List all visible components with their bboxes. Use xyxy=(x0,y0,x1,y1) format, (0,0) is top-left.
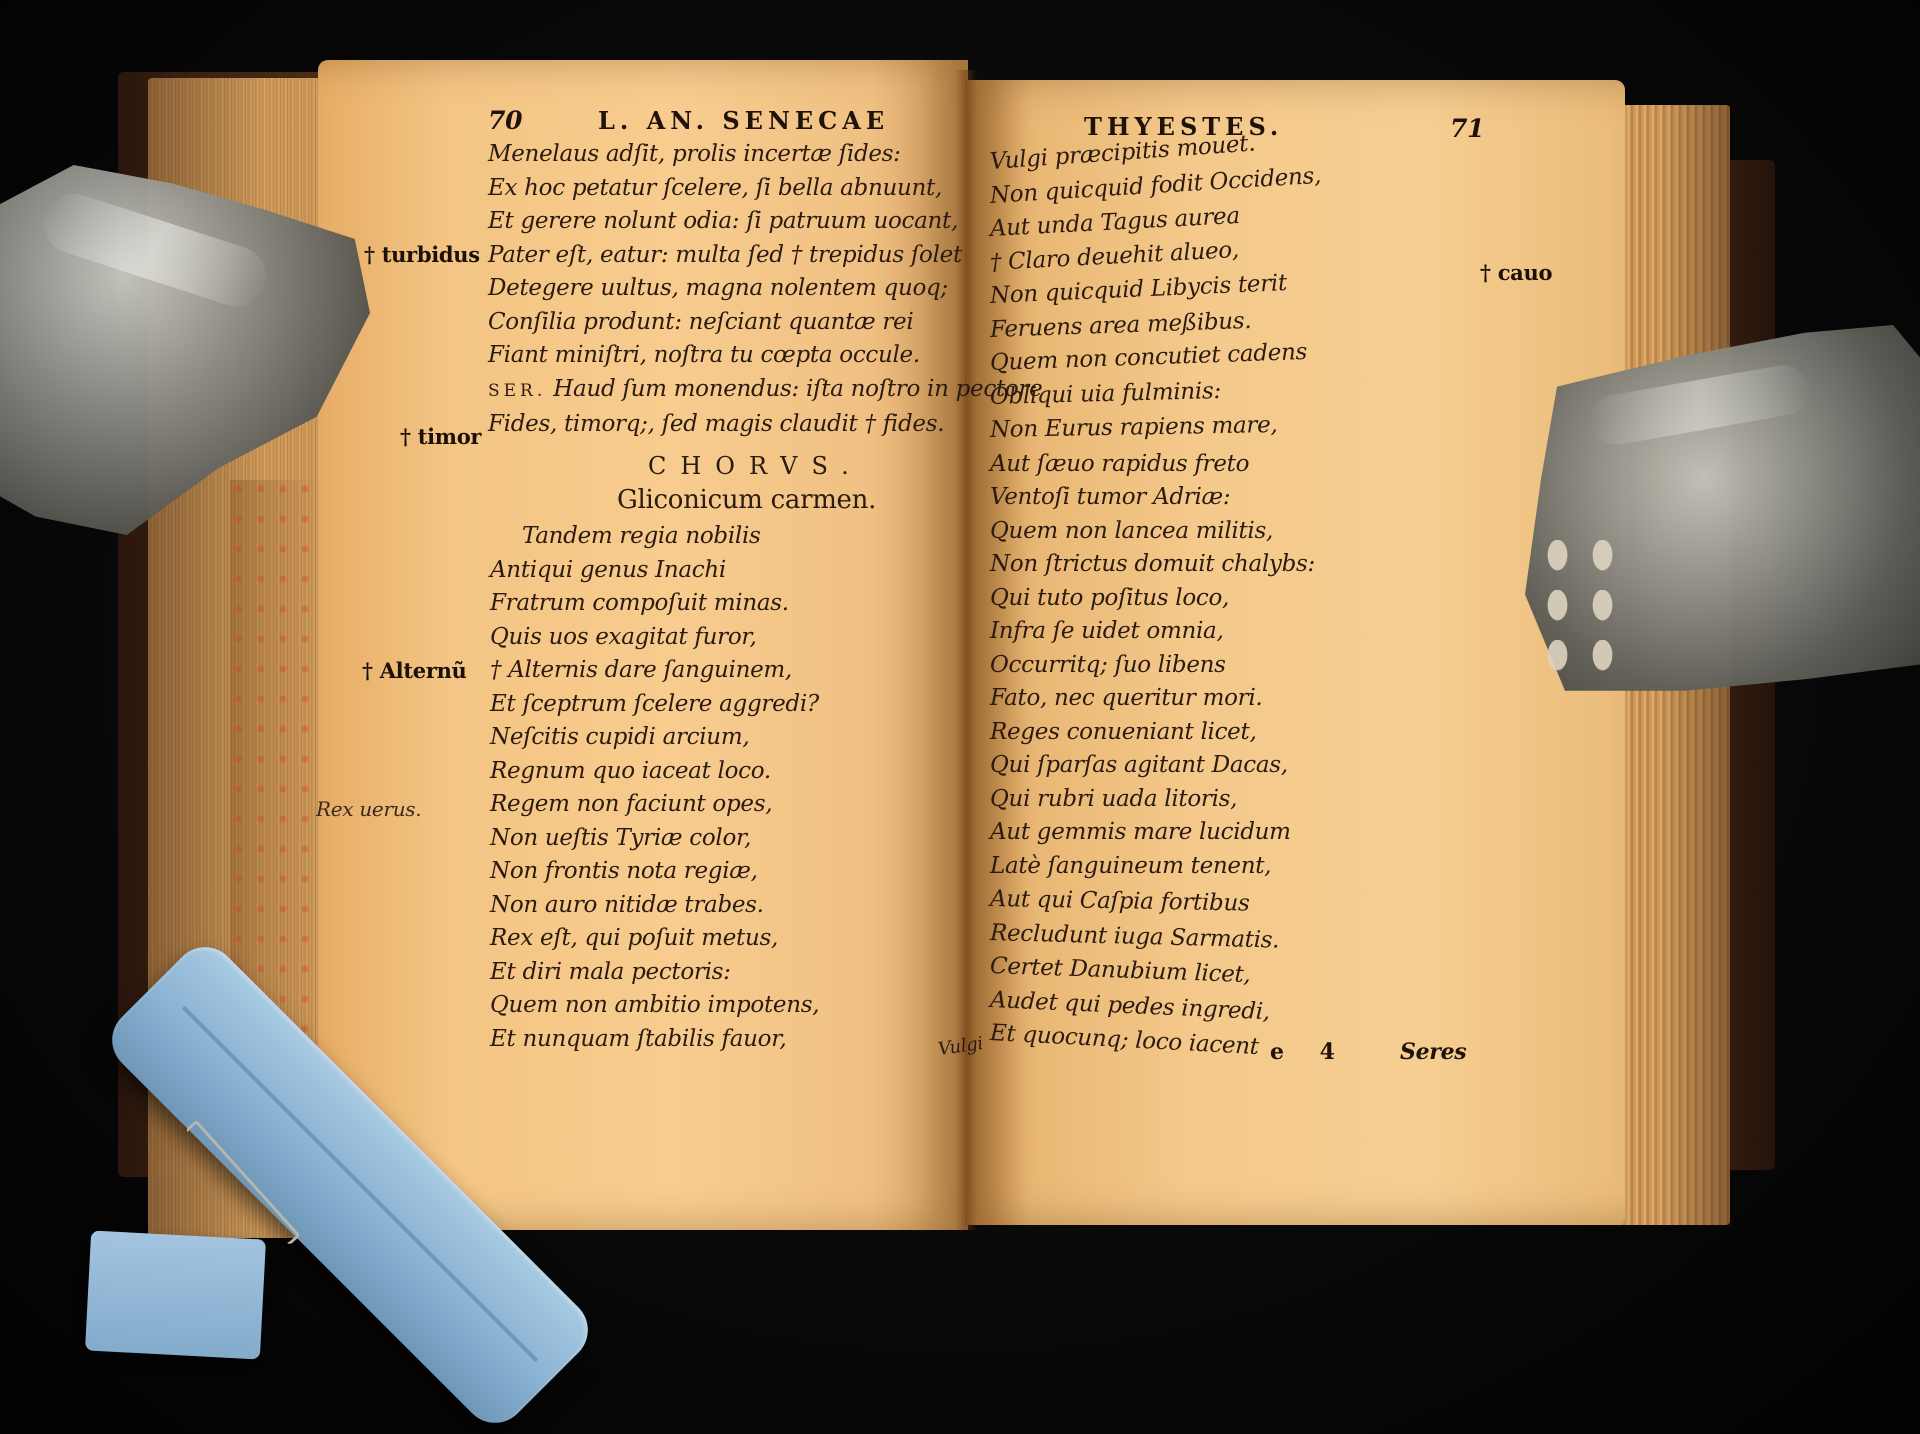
verse-line: Et ſceptrum ſcelere aggredi? xyxy=(490,688,819,722)
verse-line: Et gerere nolunt odia: ſi patruum uocant… xyxy=(488,205,1042,239)
verse-line: SER. Haud ſum monendus: iſta noſtro in p… xyxy=(488,373,1042,409)
verse-line: Fato, nec queritur mori. xyxy=(990,682,1322,716)
margin-note-turbidus: † turbidus xyxy=(364,238,480,272)
verse-line: Regnum quo iaceat loco. xyxy=(490,755,819,789)
book-clip-base[interactable] xyxy=(85,1231,266,1360)
verse-line: Qui rubri uada litoris, xyxy=(990,783,1322,817)
verse-line: Regem non faciunt opes, xyxy=(490,788,819,822)
verse-line: Quem non ambitio impotens, xyxy=(490,989,819,1023)
verse-line: Qui ſparſas agitant Dacas, xyxy=(990,749,1322,783)
verse-line: Quem non lancea militis, xyxy=(990,515,1322,549)
verse-line: Conſilia produnt: neſciant quantæ rei xyxy=(488,306,1042,340)
chorus-verse-block: Tandem regia nobilis Antiqui genus Inach… xyxy=(490,520,819,1056)
margin-note-cauo: † cauo xyxy=(1480,256,1552,290)
verse-line: Non ueſtis Tyriæ color, xyxy=(490,822,819,856)
verse-line: Tandem regia nobilis xyxy=(490,520,819,554)
verse-line: Aut ſæuo rapidus freto xyxy=(990,448,1322,482)
verse-line: Rex eſt, qui poſuit metus, xyxy=(490,922,819,956)
verse-line: Fides, timorq;, ſed magis claudit † fide… xyxy=(488,408,1042,442)
right-verse-block: Vulgi præcipitis mouet. Non quicquid fod… xyxy=(990,146,1322,1051)
left-dialogue-block: Menelaus adſit, prolis incertæ ſides: Ex… xyxy=(488,138,1042,442)
verse-line: Latè ſanguineum tenent, xyxy=(990,850,1322,884)
verse-line: Aut gemmis mare lucidum xyxy=(990,816,1322,850)
left-folio: 70 xyxy=(488,104,522,138)
verse-line: Reges conueniant licet, xyxy=(990,716,1322,750)
verse-line: Non Eurus rapiens mare, xyxy=(990,408,1322,447)
verse-line: Pater eſt, eatur: multa ſed † trepidus ſ… xyxy=(488,239,1042,273)
verse-line: Fiant miniſtri, noſtra tu cœpta occule. xyxy=(488,339,1042,373)
verse-text: Haud ſum monendus: iſta noſtro in pector… xyxy=(553,376,1042,402)
verse-line: Neſcitis cupidi arcium, xyxy=(490,721,819,755)
verse-line: Non auro nitidæ trabes. xyxy=(490,889,819,923)
verse-line: Antiqui genus Inachi xyxy=(490,554,819,588)
weight-pellets xyxy=(1535,540,1625,690)
verse-line: Fratrum compoſuit minas. xyxy=(490,587,819,621)
verse-line: Et diri mala pectoris: xyxy=(490,956,819,990)
verse-line: Menelaus adſit, prolis incertæ ſides: xyxy=(488,138,1042,172)
margin-note-timor: † timor xyxy=(400,420,481,454)
verse-line: Aut qui Caſpia fortibus xyxy=(990,883,1322,922)
verse-line: Ventoſi tumor Adriæ: xyxy=(990,481,1322,515)
signature-mark: e 4 xyxy=(1270,1036,1349,1070)
handwritten-note: Rex uerus. xyxy=(316,793,421,827)
verse-line: Non ſtrictus domuit chalybs: xyxy=(990,548,1322,582)
verse-line: Non frontis nota regiæ, xyxy=(490,855,819,889)
verse-line: Detegere uultus, magna nolentem quoq; xyxy=(488,272,1042,306)
verse-line: † Alternis dare ſanguinem, xyxy=(490,654,819,688)
verse-line: Ex hoc petatur ſcelere, ſi bella abnuunt… xyxy=(488,172,1042,206)
verse-line: Occurritq; ſuo libens xyxy=(990,649,1322,683)
verse-line: Et nunquam ſtabilis fauor, xyxy=(490,1023,819,1057)
right-catchword: Seres xyxy=(1400,1036,1466,1070)
verse-line: Qui tuto poſitus loco, xyxy=(990,582,1322,616)
left-running-head: L. AN. SENECAE xyxy=(598,104,889,138)
chorus-heading: CHORVS. xyxy=(648,450,863,484)
speaker-label: SER. xyxy=(488,381,546,401)
right-folio: 71 xyxy=(1450,112,1484,146)
verse-line: Quis uos exagitat furor, xyxy=(490,621,819,655)
chorus-subtitle: Gliconicum carmen. xyxy=(617,484,876,518)
left-catchword: Vulgi xyxy=(936,1027,985,1066)
verse-line: Infra ſe uidet omnia, xyxy=(990,615,1322,649)
margin-note-alternum: † Alternũ xyxy=(362,654,467,688)
